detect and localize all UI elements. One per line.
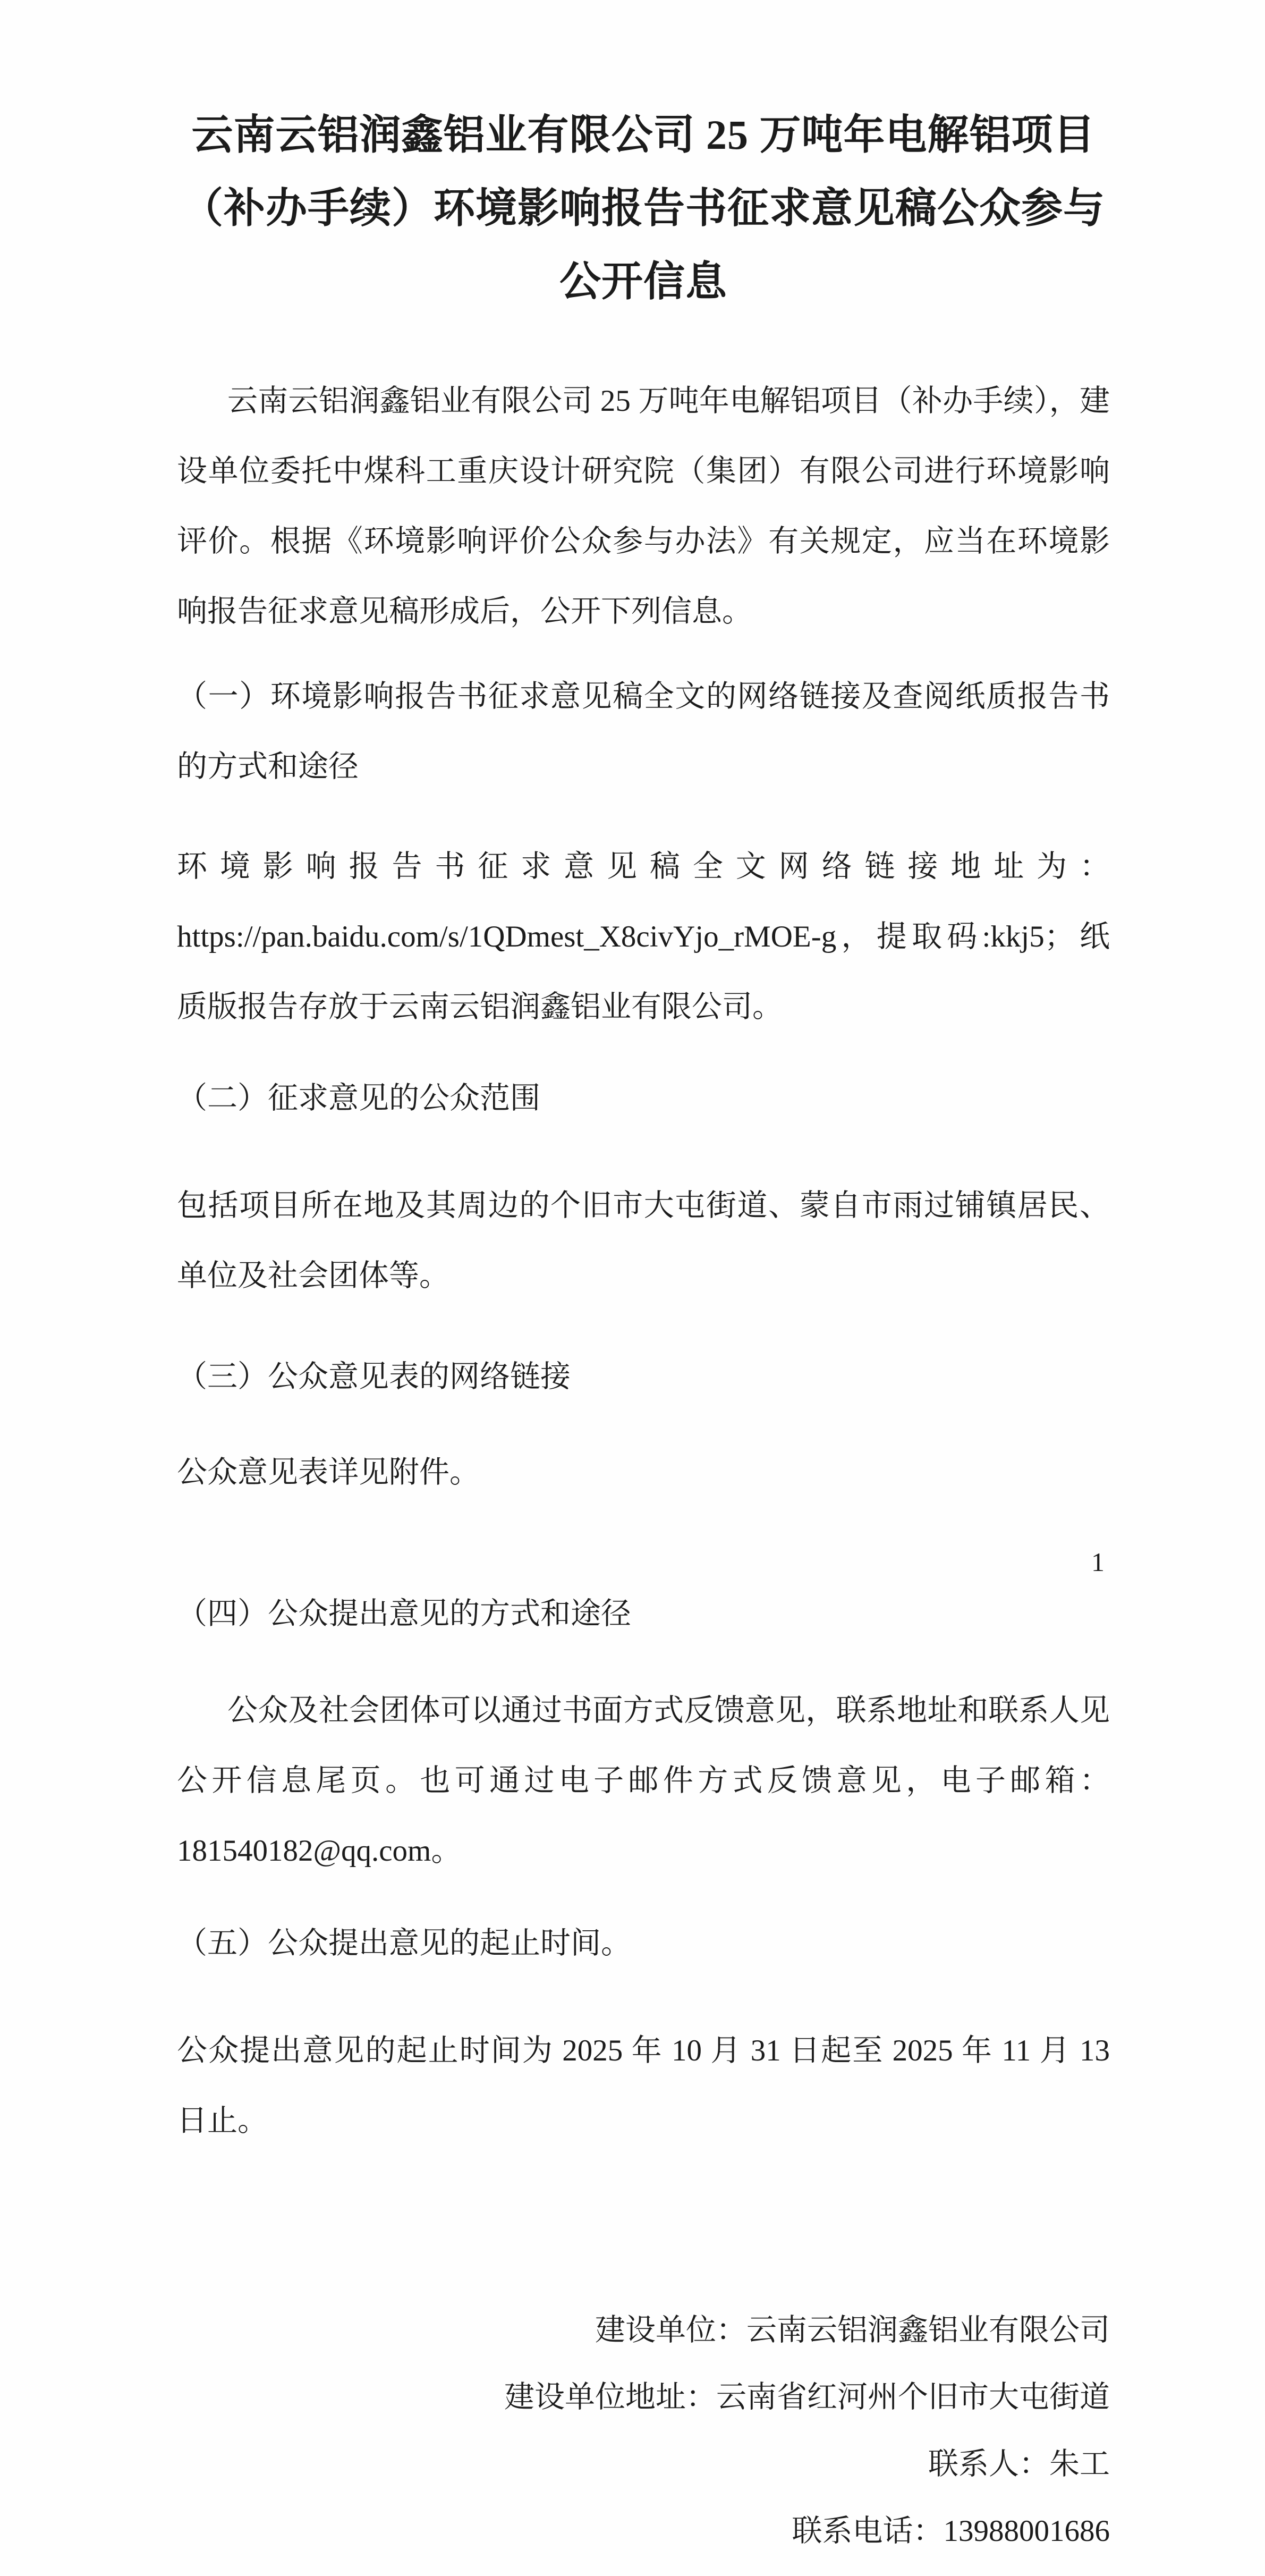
- document-page: 云南云铝润鑫铝业有限公司 25 万吨年电解铝项目 （补办手续）环境影响报告书征求…: [0, 0, 1265, 2576]
- section-1-heading: （一）环境影响报告书征求意见稿全文的网络链接及查阅纸质报告书的方式和途径: [177, 662, 1110, 802]
- footer-contact-person: 联系人：朱工: [177, 2431, 1110, 2498]
- section-4-body: 公众及社会团体可以通过书面方式反馈意见，联系地址和联系人见公开信息尾页。也可通过…: [177, 1676, 1110, 1886]
- section-1-body: 环境影响报告书征求意见稿全文网络链接地址为：https://pan.baidu.…: [177, 832, 1110, 1042]
- section-4-heading: （四）公众提出意见的方式和途径: [177, 1579, 1110, 1649]
- footer-construction-unit: 建设单位：云南云铝润鑫铝业有限公司: [177, 2297, 1110, 2364]
- intro-paragraph: 云南云铝润鑫铝业有限公司 25 万吨年电解铝项目（补办手续），建设单位委托中煤科…: [177, 366, 1110, 647]
- document-title: 云南云铝润鑫铝业有限公司 25 万吨年电解铝项目 （补办手续）环境影响报告书征求…: [177, 98, 1110, 318]
- title-line-2: （补办手续）环境影响报告书征求意见稿公众参与: [177, 172, 1110, 245]
- title-line-1: 云南云铝润鑫铝业有限公司 25 万吨年电解铝项目: [177, 98, 1110, 172]
- section-3-body: 公众意见表详见附件。: [177, 1438, 1110, 1508]
- title-line-3: 公开信息: [177, 245, 1110, 318]
- section-3-heading: （三）公众意见表的网络链接: [177, 1342, 1110, 1412]
- section-2-body: 包括项目所在地及其周边的个旧市大屯街道、蒙自市雨过铺镇居民、单位及社会团体等。: [177, 1171, 1110, 1311]
- footer-phone: 联系电话：13988001686: [177, 2498, 1110, 2565]
- section-5-body: 公众提出意见的起止时间为 2025 年 10 月 31 日起至 2025 年 1…: [177, 2016, 1110, 2156]
- footer-contact-block: 建设单位：云南云铝润鑫铝业有限公司 建设单位地址：云南省红河州个旧市大屯街道 联…: [177, 2297, 1110, 2565]
- section-5-heading: （五）公众提出意见的起止时间。: [177, 1908, 1110, 1979]
- footer-address: 建设单位地址：云南省红河州个旧市大屯街道: [177, 2364, 1110, 2431]
- section-2-heading: （二）征求意见的公众范围: [177, 1063, 1110, 1134]
- page-number: 1: [177, 1545, 1110, 1579]
